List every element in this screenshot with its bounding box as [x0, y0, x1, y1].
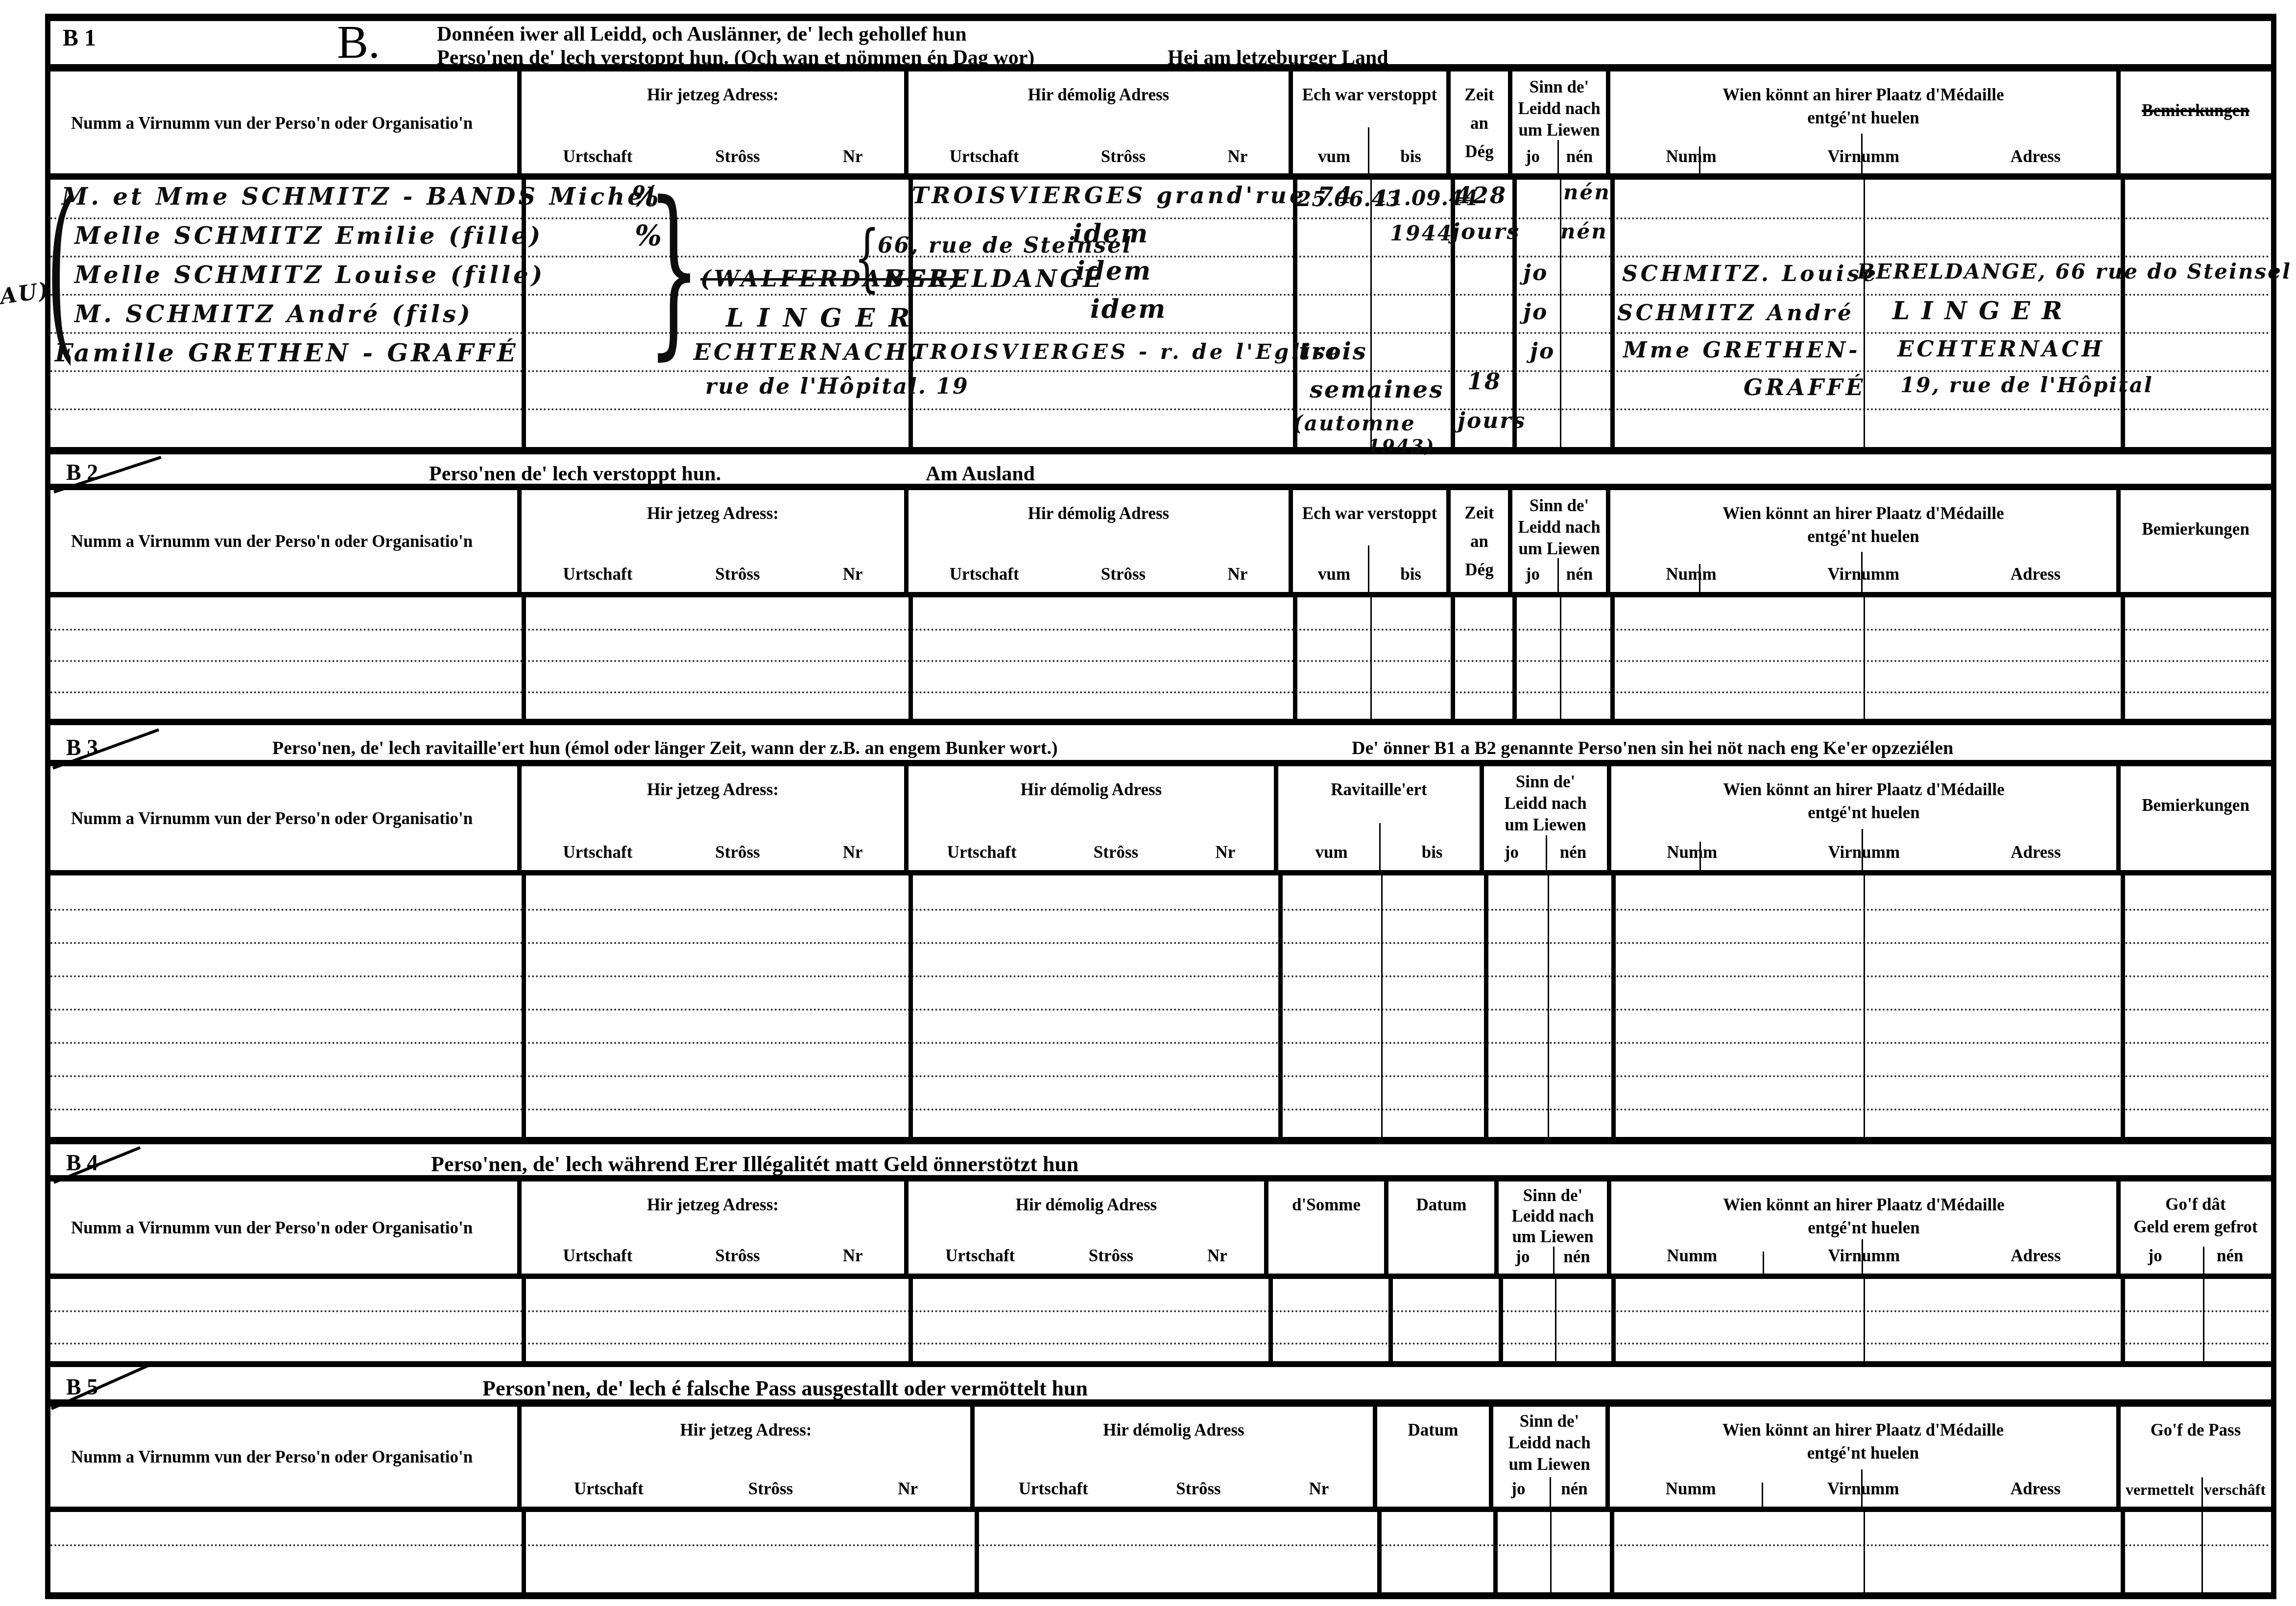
b5-colheader-name-label: Numm a Virnumm vun der Perso'n oder Orga…	[50, 1447, 517, 1467]
b4-colheader-datum: Datum	[1388, 1181, 1499, 1275]
b4-grid-vline-thin	[1555, 1279, 1556, 1362]
b4-jetzeg-nr: Nr	[843, 1246, 863, 1266]
b3-colheader-bottom-bar	[45, 870, 2276, 875]
b2-subtitle: Am Ausland	[926, 462, 1035, 486]
hw-ditto-row2: %	[635, 221, 663, 250]
b2-demolig-title: Hir démolig Adress	[909, 490, 1289, 525]
b2-demolig-urtschaft: Urtschaft	[950, 565, 1019, 584]
b2-demolig-nr: Nr	[1228, 565, 1248, 584]
b1-jetzeg-nr: Nr	[843, 147, 863, 166]
b3-grid-vline	[1611, 875, 1616, 1138]
b2-zeit-line1: Zeit	[1464, 503, 1494, 523]
b3-grid-vline-thin	[1381, 875, 1383, 1138]
b1-row-line	[50, 256, 2271, 258]
b2-colheader-demolig: Hir démolig Adress Urtschaft Strôss Nr	[909, 490, 1293, 593]
b4-grid-vline-thin	[2203, 1279, 2204, 1362]
b4-title: Perso'nen, de' lech während Erer Illégal…	[431, 1152, 1078, 1177]
b2-wien-line1: Wien könnt an hirer Plaatz d'Médaille	[1610, 502, 2116, 525]
b3-wien-virnumm: Virnumm	[1828, 843, 1900, 862]
hw-idem-row2: idem	[1073, 221, 1149, 247]
b5-grid-vline	[2121, 1512, 2125, 1593]
hw-zeit-428: 428	[1456, 184, 1507, 207]
b5-sinn-line3: um Liewen	[1493, 1454, 1605, 1475]
b3-row-line	[50, 909, 2271, 911]
b3-bottom-bar	[45, 1137, 2276, 1144]
hw-margin-note: AU)	[0, 280, 51, 308]
b5-grid-vline-thin	[1550, 1512, 1552, 1593]
b2-grid-vline	[1293, 597, 1297, 720]
b3-row-line	[50, 1042, 2271, 1044]
b4-colheader-sinn: Sinn de' Leidd nach um Liewen jo nén	[1499, 1181, 1611, 1275]
b1-grid-vline	[1610, 180, 1615, 447]
b2-verstoppt-title: Ech war verstoppt	[1293, 490, 1446, 525]
b1-sinn-line3: um Liewen	[1512, 119, 1606, 141]
b1-colheader-name-label: Numm a Virnumm vun der Perso'n oder Orga…	[50, 114, 517, 133]
b1-colheader-sinn: Sinn de' Leidd nach um Liewen jo nén	[1512, 71, 1610, 175]
b5-colheader-wien: Wien könnt an hirer Plaatz d'Médaille en…	[1610, 1407, 2121, 1508]
b4-grid-vline	[1611, 1279, 1616, 1362]
b2-row-line	[50, 691, 2271, 693]
hw-automne: (automne	[1293, 413, 1416, 434]
b2-zeit-line3: Dég	[1464, 560, 1494, 580]
b5-row-line	[50, 1544, 2271, 1546]
b2-colheader-jetzeg: Hir jetzeg Adress: Urtschaft Strôss Nr	[522, 490, 909, 593]
b4-gof-geld-line1: Go'f dât	[2121, 1193, 2271, 1216]
b4-colheader-name: Numm a Virnumm vun der Perso'n oder Orga…	[50, 1181, 522, 1275]
hw-jo-row5: jo	[1530, 341, 1555, 362]
hw-idem-row3: idem	[1076, 259, 1152, 284]
hw-name-row5: Famille GRETHEN - GRAFFÉ	[55, 341, 519, 365]
b5-jetzeg-title: Hir jetzeg Adress:	[522, 1407, 970, 1441]
b3-colheader-demolig: Hir démolig Adress Urtschaft Strôss Nr	[909, 766, 1278, 871]
hw-medaille-name-louise: SCHMITZ. Louise	[1622, 263, 1879, 285]
b3-grid-vline	[909, 875, 913, 1138]
b4-colheader-wien: Wien könnt an hirer Plaatz d'Médaille en…	[1611, 1181, 2121, 1275]
b3-title2: De' önner B1 a B2 genannte Perso'nen sin…	[1352, 737, 1953, 759]
b3-colheader-jetzeg: Hir jetzeg Adress: Urtschaft Strôss Nr	[522, 766, 909, 871]
b5-grid-vline	[522, 1512, 526, 1593]
b4-jetzeg-title: Hir jetzeg Adress:	[522, 1181, 904, 1216]
b4-datum-label: Datum	[1388, 1181, 1494, 1216]
b2-demolig-stross: Strôss	[1101, 565, 1146, 584]
b1-wien-line2: entgé'nt huelen	[1610, 106, 2116, 129]
b5-gof-pass-verschaft: verschâft	[2204, 1481, 2266, 1499]
hw-1943: 1943)	[1367, 437, 1435, 455]
b4-wien-virnumm: Virnumm	[1828, 1246, 1900, 1266]
b3-colheader-ravitailleert: Ravitaille'ert vum bis	[1278, 766, 1484, 871]
b2-grid-vline-thin	[1370, 597, 1372, 720]
b4-colheader-jetzeg: Hir jetzeg Adress: Urtschaft Strôss Nr	[522, 1181, 909, 1275]
b4-somme-label: d'Somme	[1268, 1181, 1384, 1216]
b1-grid-vline-thin	[1864, 180, 1865, 447]
b2-sinn-line1: Sinn de'	[1512, 495, 1606, 517]
b1-grid-vline	[1293, 180, 1297, 447]
b3-row-line	[50, 1075, 2271, 1077]
b1-jetzeg-urtschaft: Urtschaft	[563, 147, 632, 166]
b2-bottom-bar	[45, 719, 2276, 725]
hw-medaille-name-grethen: Mme GRETHEN-	[1623, 340, 1861, 361]
hw-trois: trois	[1299, 340, 1367, 363]
b2-numm-virnumm-subdivider	[1699, 564, 1700, 593]
b4-jo-nen-subdivider	[1553, 1247, 1555, 1275]
b1-wien-numm: Numm	[1666, 147, 1717, 166]
b4-row-line	[50, 1343, 2271, 1345]
b2-colheader-zeit: Zeit an Dég	[1451, 490, 1512, 593]
hw-medaille-adress-hopital: 19, rue de l'Hôpital	[1900, 375, 2153, 396]
b1-colheader-zeit: Zeit an Dég	[1451, 71, 1512, 175]
b1-jo-nen-subdivider	[1557, 140, 1559, 175]
hw-name-row3: Melle SCHMITZ Louise (fille)	[74, 263, 545, 287]
b3-title-bottom-bar	[45, 760, 2276, 766]
b2-grid-vline	[1610, 597, 1615, 720]
b3-virnumm-adress-subdivider	[1862, 829, 1863, 871]
b1-big-letter: B.	[337, 15, 380, 69]
b5-title: Person'nen, de' lech é falsche Pass ausg…	[482, 1376, 1088, 1401]
b3-row-line	[50, 942, 2271, 944]
b1-colheader-verstoppt: Ech war verstoppt vum bis	[1293, 71, 1451, 175]
b2-row-line	[50, 660, 2271, 662]
b1-verstoppt-title: Ech war verstoppt	[1293, 71, 1446, 106]
b4-jetzeg-stross: Strôss	[715, 1246, 760, 1266]
b3-sinn-line3: um Liewen	[1484, 814, 1607, 836]
b4-sinn-line1: Sinn de'	[1499, 1185, 1607, 1206]
b2-wien-numm: Numm	[1666, 565, 1717, 584]
b5-sinn-line2: Leidd nach	[1493, 1432, 1605, 1454]
b5-wien-title: Wien könnt an hirer Plaatz d'Médaille en…	[1610, 1407, 2116, 1465]
b2-grid-vline-thin	[1864, 597, 1865, 720]
b3-row-line	[50, 975, 2271, 977]
b5-gof-pass-title: Go'f de Pass	[2121, 1407, 2271, 1441]
b2-virnumm-adress-subdivider	[1861, 552, 1863, 593]
hw-zeit-18: 18	[1467, 370, 1502, 393]
b3-sinn-nen: nén	[1560, 843, 1586, 862]
b4-sinn-line2: Leidd nach	[1499, 1206, 1607, 1227]
b1-zeit-line1: Zeit	[1464, 85, 1494, 105]
b3-jo-nen-subdivider	[1546, 835, 1547, 871]
b4-demolig-nr: Nr	[1207, 1246, 1227, 1266]
b5-demolig-title: Hir démolig Adress	[975, 1407, 1373, 1441]
b3-numm-virnumm-subdivider	[1699, 842, 1701, 871]
b3-grid-vline	[1484, 875, 1488, 1138]
b5-wien-adress: Adress	[2010, 1479, 2060, 1499]
b2-jetzeg-nr: Nr	[843, 565, 863, 584]
hw-jo-row3: jo	[1523, 262, 1548, 284]
b2-vum-bis-subdivider	[1368, 545, 1369, 593]
b1-demolig-stross: Strôss	[1101, 147, 1146, 166]
b5-jetzeg-nr: Nr	[898, 1479, 918, 1499]
b3-colheader-wien: Wien könnt an hirer Plaatz d'Médaille en…	[1611, 766, 2121, 871]
hw-name-row4: M. SCHMITZ André (fils)	[74, 303, 473, 326]
hw-idem-row4: idem	[1090, 297, 1167, 322]
hw-demolig-row1: TROISVIERGES grand'rue 74	[912, 184, 1355, 207]
b4-demolig-urtschaft: Urtschaft	[945, 1246, 1015, 1266]
hw-medaille-name-graffe: GRAFFÉ	[1744, 376, 1866, 399]
b1-zeit-line3: Dég	[1464, 142, 1494, 162]
b5-numm-virnumm-subdivider	[1762, 1483, 1763, 1508]
b3-title: Perso'nen, de' lech ravitaille'ert hun (…	[272, 737, 1058, 759]
b5-grid-vline-thin	[1864, 1512, 1865, 1593]
b2-sinn-line2: Leidd nach	[1512, 517, 1606, 538]
b5-grid-vline	[1377, 1512, 1382, 1593]
b5-jo-nen-subdivider	[1550, 1477, 1551, 1508]
b3-colheader-name: Numm a Virnumm vun der Perso'n oder Orga…	[50, 766, 522, 871]
b4-sinn-title: Sinn de' Leidd nach um Liewen	[1499, 1181, 1607, 1247]
b3-grid-vline-thin	[1864, 875, 1865, 1138]
b5-colheader-sinn: Sinn de' Leidd nach um Liewen jo nén	[1493, 1407, 1610, 1508]
b2-wien-line2: entgé'nt huelen	[1610, 525, 2116, 548]
b4-bottom-bar	[45, 1361, 2276, 1367]
b3-ravit-title: Ravitaille'ert	[1278, 766, 1480, 801]
b5-colheader-gof-pass: Go'f de Pass vermettelt verschâft	[2121, 1407, 2271, 1508]
b2-row-line	[50, 629, 2271, 631]
b2-grid-vline	[909, 597, 913, 720]
b2-sinn-nen: nén	[1566, 565, 1593, 584]
b4-grid-vline	[1388, 1279, 1393, 1362]
b4-wien-line1: Wien könnt an hirer Plaatz d'Médaille	[1611, 1193, 2116, 1216]
b5-demolig-stross: Strôss	[1176, 1479, 1220, 1499]
b3-sinn-title: Sinn de' Leidd nach um Liewen	[1484, 766, 1607, 835]
b1-colheader-jetzeg: Hir jetzeg Adress: Urtschaft Strôss Nr	[522, 71, 909, 175]
b2-wien-title: Wien könnt an hirer Plaatz d'Médaille en…	[1610, 490, 2116, 548]
b4-wien-line2: entgé'nt huelen	[1611, 1216, 2116, 1239]
b2-jo-nen-subdivider	[1557, 558, 1559, 593]
b4-grid-vline	[1499, 1279, 1503, 1362]
b3-wien-line1: Wien könnt an hirer Plaatz d'Médaille	[1611, 778, 2116, 801]
hw-echternach: ECHTERNACH,	[694, 341, 920, 363]
b3-sinn-line1: Sinn de'	[1484, 771, 1607, 793]
b4-colheader-somme: d'Somme	[1268, 1181, 1388, 1275]
b5-colheader-demolig: Hir démolig Adress Urtschaft Strôss Nr	[975, 1407, 1377, 1508]
b4-numm-virnumm-subdivider	[1763, 1252, 1764, 1275]
b3-grid-vline	[1278, 875, 1283, 1138]
b5-wien-line1: Wien könnt an hirer Plaatz d'Médaille	[1610, 1418, 2116, 1441]
b3-jetzeg-stross: Strôss	[715, 843, 760, 862]
scanned-form-page: B 1 B. Donnéen iwer all Leidd, och Auslä…	[0, 0, 2296, 1606]
b1-bemierkungen-label: Bemierkungen	[2142, 101, 2249, 120]
b1-sinn-line1: Sinn de'	[1512, 76, 1606, 98]
b4-grid-vline	[522, 1279, 526, 1362]
b2-grid-vline	[522, 597, 526, 720]
b2-colheader-bottom-bar	[45, 592, 2276, 597]
b2-colheader-sinn: Sinn de' Leidd nach um Liewen jo nén	[1512, 490, 1610, 593]
b3-sinn-jo: jo	[1505, 843, 1519, 862]
b1-colheader-bottom-bar	[45, 173, 2276, 180]
b4-gof-geld-jo: jo	[2148, 1246, 2162, 1266]
b5-sinn-jo: jo	[1511, 1479, 1525, 1499]
b5-grid-vline-thin	[2201, 1512, 2203, 1593]
b2-colheader-wien: Wien könnt an hirer Plaatz d'Médaille en…	[1610, 490, 2121, 593]
hw-bis-1944: 1944	[1390, 223, 1453, 244]
b2-sinn-jo: jo	[1526, 565, 1540, 584]
hw-name-row2: Melle SCHMITZ Emilie (fille)	[74, 224, 543, 248]
b4-row-line	[50, 1310, 2271, 1312]
b3-jetzeg-urtschaft: Urtschaft	[563, 843, 632, 862]
b1-jetzeg-stross: Strôss	[715, 147, 760, 166]
hw-demolig-row5: TROISVIERGES - r. de l'Eglise	[912, 342, 1343, 362]
b4-gof-geld-title: Go'f dât Geld erem gefrot	[2121, 1181, 2271, 1238]
b1-virnumm-adress-subdivider	[1861, 134, 1863, 175]
b5-bottom-bar	[45, 1592, 2276, 1599]
b1-verstoppt-vum: vum	[1318, 147, 1350, 166]
b1-colheader-bemierkungen: Bemierkungen	[2121, 71, 2271, 175]
b2-grid-vline-thin	[1560, 597, 1561, 720]
b3-wien-line2: entgé'nt huelen	[1611, 801, 2116, 824]
b1-zeit-line2: an	[1464, 114, 1494, 133]
b5-grid-vline	[1610, 1512, 1614, 1593]
b1-vum-bis-subdivider	[1368, 127, 1369, 175]
b5-grid-vline	[1493, 1512, 1498, 1593]
hw-medaille-adress-echternach: ECHTERNACH	[1897, 339, 2105, 360]
hw-jo-row4: jo	[1523, 302, 1548, 323]
b5-wien-virnumm: Virnumm	[1827, 1479, 1899, 1499]
b4-gof-geld-subdivider	[2203, 1247, 2204, 1275]
hw-bereldange: BERELDANGE	[885, 267, 1104, 291]
b5-jetzeg-stross: Strôss	[748, 1479, 793, 1499]
b3-ravit-vum: vum	[1315, 843, 1348, 862]
hw-name-row1: M. et Mme SCHMITZ - BANDS Michel	[62, 185, 657, 209]
b5-gof-pass-vermettelt: vermettelt	[2126, 1481, 2194, 1499]
b1-sinn-nen: nén	[1566, 147, 1593, 166]
hw-medaille-adress-linger: LINGER	[1892, 299, 2074, 323]
frame-right-border	[2271, 15, 2276, 1596]
b3-jetzeg-nr: Nr	[843, 843, 863, 862]
hw-ditto-row1: %	[632, 182, 660, 211]
b4-colheader-bottom-bar	[45, 1274, 2276, 1279]
b4-sinn-nen: nén	[1563, 1247, 1590, 1267]
b1-wien-title: Wien könnt an hirer Plaatz d'Médaille en…	[1610, 71, 2116, 130]
b5-colheader-datum: Datum	[1377, 1407, 1493, 1508]
hw-medaille-name-andre: SCHMITZ André	[1617, 303, 1854, 324]
b3-wien-numm: Numm	[1667, 843, 1717, 862]
b4-grid-vline	[909, 1279, 913, 1362]
b1-wien-line1: Wien könnt an hirer Plaatz d'Médaille	[1610, 83, 2116, 106]
b5-wien-numm: Numm	[1666, 1479, 1716, 1499]
b3-ravit-bis: bis	[1422, 843, 1443, 862]
b2-wien-virnumm: Virnumm	[1828, 565, 1899, 584]
b1-wien-adress: Adress	[2010, 147, 2060, 166]
b1-colheader-wien: Wien könnt an hirer Plaatz d'Médaille en…	[1610, 71, 2121, 175]
b2-jetzeg-stross: Strôss	[715, 565, 760, 584]
b5-gof-pass-subdivider	[2201, 1477, 2203, 1508]
b2-sinn-line3: um Liewen	[1512, 538, 1606, 560]
b1-title-line1: Donnéen iwer all Leidd, och Auslänner, d…	[437, 23, 967, 46]
b3-grid-vline	[2121, 875, 2125, 1138]
b4-title-bottom-bar	[45, 1175, 2276, 1181]
b4-jetzeg-urtschaft: Urtschaft	[563, 1246, 632, 1266]
b4-wien-adress: Adress	[2010, 1246, 2060, 1266]
b3-colheader-sinn: Sinn de' Leidd nach um Liewen jo nén	[1484, 766, 1611, 871]
b2-title: Perso'nen de' lech verstoppt hun.	[429, 462, 721, 486]
b1-row-line	[50, 408, 2271, 410]
b1-sinn-line2: Leidd nach	[1512, 98, 1606, 119]
b3-colheader-bemierkungen: Bemierkungen	[2121, 766, 2271, 871]
b2-title-bottom-bar	[45, 484, 2276, 490]
b5-colheader-bottom-bar	[45, 1507, 2276, 1512]
b5-datum-label: Datum	[1377, 1407, 1489, 1441]
b2-colheader-bemierkungen: Bemierkungen	[2121, 490, 2271, 593]
hw-zeit-jours2: jours	[1458, 410, 1526, 432]
b4-sinn-jo: jo	[1515, 1247, 1530, 1267]
b2-grid-vline	[1512, 597, 1517, 720]
b3-row-line	[50, 1109, 2271, 1110]
b2-colheader-name-label: Numm a Virnumm vun der Perso'n oder Orga…	[50, 532, 517, 551]
b1-row-line	[50, 332, 2271, 334]
b2-bemierkungen-label: Bemierkungen	[2142, 520, 2249, 539]
b5-colheader-jetzeg: Hir jetzeg Adress: Urtschaft Strôss Nr	[522, 1407, 975, 1508]
b1-colheader-name: Numm a Virnumm vun der Perso'n oder Orga…	[50, 71, 522, 175]
b1-verstoppt-bis: bis	[1400, 147, 1421, 166]
b4-grid-vline	[2121, 1279, 2125, 1362]
b3-demolig-stross: Strôss	[1094, 843, 1138, 862]
b1-demolig-urtschaft: Urtschaft	[950, 147, 1019, 166]
hw-nen-row1: nén	[1563, 182, 1611, 203]
b2-zeit-label: Zeit an Dég	[1464, 503, 1494, 580]
b3-demolig-urtschaft: Urtschaft	[947, 843, 1017, 862]
b4-demolig-title: Hir démolig Adress	[909, 1181, 1264, 1216]
b4-wien-numm: Numm	[1667, 1246, 1717, 1266]
b5-sinn-line1: Sinn de'	[1493, 1411, 1605, 1432]
b5-demolig-nr: Nr	[1309, 1479, 1329, 1499]
b5-jetzeg-urtschaft: Urtschaft	[574, 1479, 644, 1499]
b4-wien-title: Wien könnt an hirer Plaatz d'Médaille en…	[1611, 1181, 2116, 1240]
b1-label: B 1	[63, 24, 96, 51]
b2-grid-vline	[1451, 597, 1455, 720]
b2-verstoppt-bis: bis	[1400, 565, 1421, 584]
hw-medaille-adress-bereldange: BERELDANGE, 66 rue do Steinsel	[1857, 261, 2292, 282]
b5-title-bottom-bar	[45, 1399, 2276, 1407]
b1-title-bottom-bar	[45, 64, 2276, 71]
hw-linger: LINGER	[726, 306, 924, 331]
b2-verstoppt-vum: vum	[1318, 565, 1350, 584]
b5-demolig-urtschaft: Urtschaft	[1019, 1479, 1088, 1499]
b4-gof-geld-nen: nén	[2217, 1246, 2243, 1266]
b5-virnumm-adress-subdivider	[1861, 1469, 1863, 1508]
b4-colheader-gof-geld: Go'f dât Geld erem gefrot jo nén	[2121, 1181, 2271, 1275]
b3-bemierkungen-label: Bemierkungen	[2142, 796, 2249, 815]
b2-colheader-name: Numm a Virnumm vun der Perso'n oder Orga…	[50, 490, 522, 593]
b1-row-line	[50, 370, 2271, 372]
b3-wien-adress: Adress	[2010, 843, 2060, 862]
b2-jetzeg-urtschaft: Urtschaft	[563, 565, 632, 584]
b2-zeit-line2: an	[1464, 532, 1494, 551]
hw-semaines: semaines	[1310, 378, 1444, 401]
b1-wien-virnumm: Virnumm	[1828, 147, 1899, 166]
b2-wien-adress: Adress	[2010, 565, 2060, 584]
b2-jetzeg-title: Hir jetzeg Adress:	[522, 490, 904, 525]
b3-grid-vline	[522, 875, 526, 1138]
b1-bottom-bar	[45, 447, 2276, 454]
hw-zeit-jours1: jours	[1452, 221, 1520, 243]
b3-grid-vline-thin	[1548, 875, 1549, 1138]
b1-grid-vline	[522, 180, 526, 447]
b3-sinn-line2: Leidd nach	[1484, 793, 1607, 814]
b1-row-line	[50, 217, 2271, 219]
b1-grid-vline	[2121, 180, 2125, 447]
b4-sinn-line3: um Liewen	[1499, 1227, 1607, 1247]
b3-wien-title: Wien könnt an hirer Plaatz d'Médaille en…	[1611, 766, 2116, 825]
hw-hopital-19: rue de l'Hôpital. 19	[705, 376, 969, 398]
b1-zeit-label: Zeit an Dég	[1464, 85, 1494, 162]
b1-sinn-jo: jo	[1526, 147, 1540, 166]
b1-demolig-title: Hir démolig Adress	[909, 71, 1289, 106]
hw-nen-row2: nén	[1560, 221, 1608, 242]
b4-colheader-name-label: Numm a Virnumm vun der Perso'n oder Orga…	[50, 1218, 517, 1238]
b3-colheader-name-label: Numm a Virnumm vun der Perso'n oder Orga…	[50, 809, 517, 828]
b2-grid-vline	[2121, 597, 2125, 720]
b4-gof-geld-line2: Geld erem gefrot	[2121, 1216, 2271, 1238]
b5-sinn-title: Sinn de' Leidd nach um Liewen	[1493, 1407, 1605, 1475]
b4-grid-vline-thin	[1864, 1279, 1865, 1362]
